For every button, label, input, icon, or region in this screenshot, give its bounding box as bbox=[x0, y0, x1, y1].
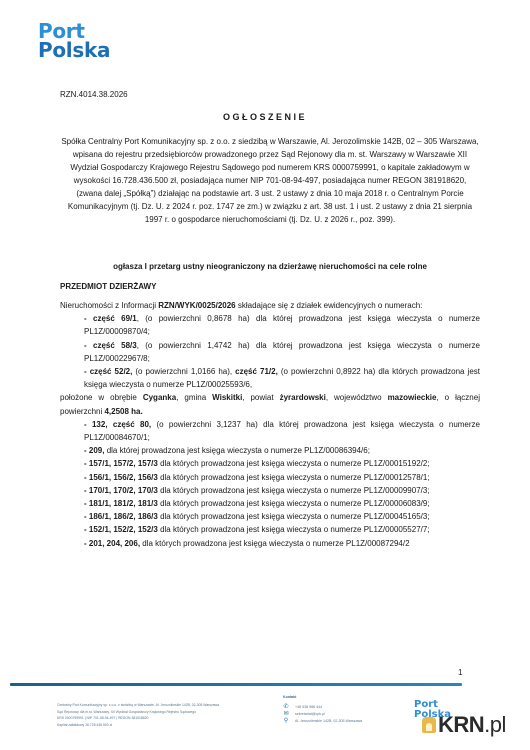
parcel-number: część 71/2, bbox=[235, 367, 278, 376]
parcel-item: - 201, 204, 206, dla których prowadzona … bbox=[60, 537, 480, 550]
parcel-number: - 209, bbox=[84, 446, 104, 455]
parcel-item: - 157/1, 157/2, 157/3 dla których prowad… bbox=[60, 457, 480, 470]
parcel-item: - 181/1, 181/2, 181/3 dla których prowad… bbox=[60, 497, 480, 510]
parcel-number: - 152/1, 152/2, 152/3 bbox=[84, 525, 158, 534]
logo-line-2: Polska bbox=[38, 41, 110, 60]
parcel-number: - 181/1, 181/2, 181/3 bbox=[84, 499, 158, 508]
parcel-description: dla których prowadzona jest księga wiecz… bbox=[158, 499, 430, 508]
parcel-description: (o powierzchni 1,0166 ha), bbox=[132, 367, 235, 376]
obreb-name: Cyganka bbox=[143, 393, 176, 402]
port-polska-logo: Port Polska bbox=[38, 22, 110, 60]
parcel-list-group-2: - 132, część 80, (o powierzchni 3,1237 h… bbox=[60, 418, 480, 550]
contact-address: ⚲ Al. Jerozolimskie 142B, 02-305 Warszaw… bbox=[283, 718, 362, 725]
contact-email: ✉ sekretariat@cpk.pl bbox=[283, 711, 362, 718]
contact-header: Kontakt bbox=[283, 694, 362, 701]
watermark-suffix: .pl bbox=[484, 712, 506, 737]
parcel-number: - 186/1, 186/2, 186/3 bbox=[84, 512, 158, 521]
parcel-number: - część 52/2, bbox=[84, 367, 132, 376]
mail-icon: ✉ bbox=[283, 711, 289, 718]
house-icon bbox=[422, 717, 436, 733]
footer-divider bbox=[10, 683, 462, 686]
parcel-item: - 170/1, 170/2, 170/3 dla których prowad… bbox=[60, 484, 480, 497]
parcel-description: , (o powierzchni 0,8678 ha) dla której p… bbox=[84, 314, 480, 336]
lead-paragraph: Nieruchomości z Informacji RZN/WYK/0025/… bbox=[60, 299, 480, 312]
gmina-name: Wiskitki bbox=[212, 393, 242, 402]
footer-contact: Kontakt ✆ +48 538 988 444 ✉ sekretariat@… bbox=[283, 694, 362, 725]
intro-paragraph: Spółka Centralny Port Komunikacyjny sp. … bbox=[60, 135, 480, 226]
section-title: PRZEDMIOT DZIERŻAWY bbox=[60, 282, 156, 291]
parcel-item: - 156/1, 156/2, 156/3 dla których prowad… bbox=[60, 471, 480, 484]
parcel-item: - 152/1, 152/2, 152/3 dla których prowad… bbox=[60, 523, 480, 536]
total-area: 4,2508 ha. bbox=[104, 407, 142, 416]
parcel-list-group-1: - część 69/1, (o powierzchni 0,8678 ha) … bbox=[60, 312, 480, 391]
parcel-number: - 156/1, 156/2, 156/3 bbox=[84, 473, 158, 482]
phone-number: +48 538 988 444 bbox=[295, 704, 322, 711]
parcel-number: - 157/1, 157/2, 157/3 bbox=[84, 459, 158, 468]
parcel-description: dla których prowadzona jest księga wiecz… bbox=[158, 512, 430, 521]
parcel-number: - część 69/1 bbox=[84, 314, 137, 323]
email-address: sekretariat@cpk.pl bbox=[295, 711, 325, 718]
parcel-description: dla których prowadzona jest księga wiecz… bbox=[158, 459, 430, 468]
document-reference: RZN.4014.38.2026 bbox=[60, 90, 128, 99]
lead-text: Nieruchomości z Informacji bbox=[60, 301, 158, 310]
parcel-description: dla których prowadzona jest księga wiecz… bbox=[140, 539, 409, 548]
parcel-number: - 170/1, 170/2, 170/3 bbox=[84, 486, 158, 495]
location-text: , powiat bbox=[242, 393, 279, 402]
parcel-description: dla których prowadzona jest księga wiecz… bbox=[158, 486, 430, 495]
parcel-item: - część 69/1, (o powierzchni 0,8678 ha) … bbox=[60, 312, 480, 338]
parcel-item: - 186/1, 186/2, 186/3 dla których prowad… bbox=[60, 510, 480, 523]
phone-icon: ✆ bbox=[283, 704, 289, 711]
parcel-description: dla której prowadzona jest księga wieczy… bbox=[104, 446, 369, 455]
footer-line: Kapitał zakładowy 16.728.436.500 zł bbox=[57, 722, 219, 729]
parcel-item: - część 58/3, (o powierzchni 1,4742 ha) … bbox=[60, 339, 480, 365]
parcel-item: - 209, dla której prowadzona jest księga… bbox=[60, 444, 480, 457]
parcel-item: - część 52/2, (o powierzchni 1,0166 ha),… bbox=[60, 365, 480, 391]
footer-company-info: Centralny Port Komunikacyjny sp. z o.o. … bbox=[57, 702, 219, 728]
location-text: , województwo bbox=[326, 393, 388, 402]
parcel-item: - 132, część 80, (o powierzchni 3,1237 h… bbox=[60, 418, 480, 444]
lead-text-post: składające się z działek ewidencyjnych o… bbox=[236, 301, 423, 310]
krn-watermark: KRN.pl bbox=[422, 712, 506, 738]
location-text: położone w obrębie bbox=[60, 393, 143, 402]
contact-phone: ✆ +48 538 988 444 bbox=[283, 704, 362, 711]
parcel-number: - 201, 204, 206, bbox=[84, 539, 140, 548]
powiat-name: żyrardowski bbox=[280, 393, 326, 402]
page-number: 1 bbox=[458, 668, 462, 677]
wojewodztwo-name: mazowieckie bbox=[388, 393, 437, 402]
parcel-description: , (o powierzchni 1,4742 ha) dla której p… bbox=[84, 341, 480, 363]
watermark-brand: KRN bbox=[438, 712, 484, 737]
information-number: RZN/WYK/0025/2026 bbox=[158, 301, 235, 310]
footer-line: Centralny Port Komunikacyjny sp. z o.o. … bbox=[57, 702, 219, 709]
location-text: , gmina bbox=[176, 393, 212, 402]
watermark-text: KRN.pl bbox=[438, 712, 506, 738]
parcel-number: - część 58/3 bbox=[84, 341, 137, 350]
document-body: Nieruchomości z Informacji RZN/WYK/0025/… bbox=[60, 299, 480, 550]
parcel-description: dla których prowadzona jest księga wiecz… bbox=[158, 525, 430, 534]
document-title: OGŁOSZENIE bbox=[0, 112, 530, 122]
parcel-description: dla których prowadzona jest księga wiecz… bbox=[158, 473, 430, 482]
announcement-line: ogłasza I przetarg ustny nieograniczony … bbox=[60, 262, 480, 271]
location-pin-icon: ⚲ bbox=[283, 718, 289, 725]
parcel-number: - 132, część 80, bbox=[84, 420, 151, 429]
location-paragraph: położone w obrębie Cyganka, gmina Wiskit… bbox=[60, 391, 480, 417]
postal-address: Al. Jerozolimskie 142B, 02-305 Warszawa bbox=[295, 718, 362, 725]
